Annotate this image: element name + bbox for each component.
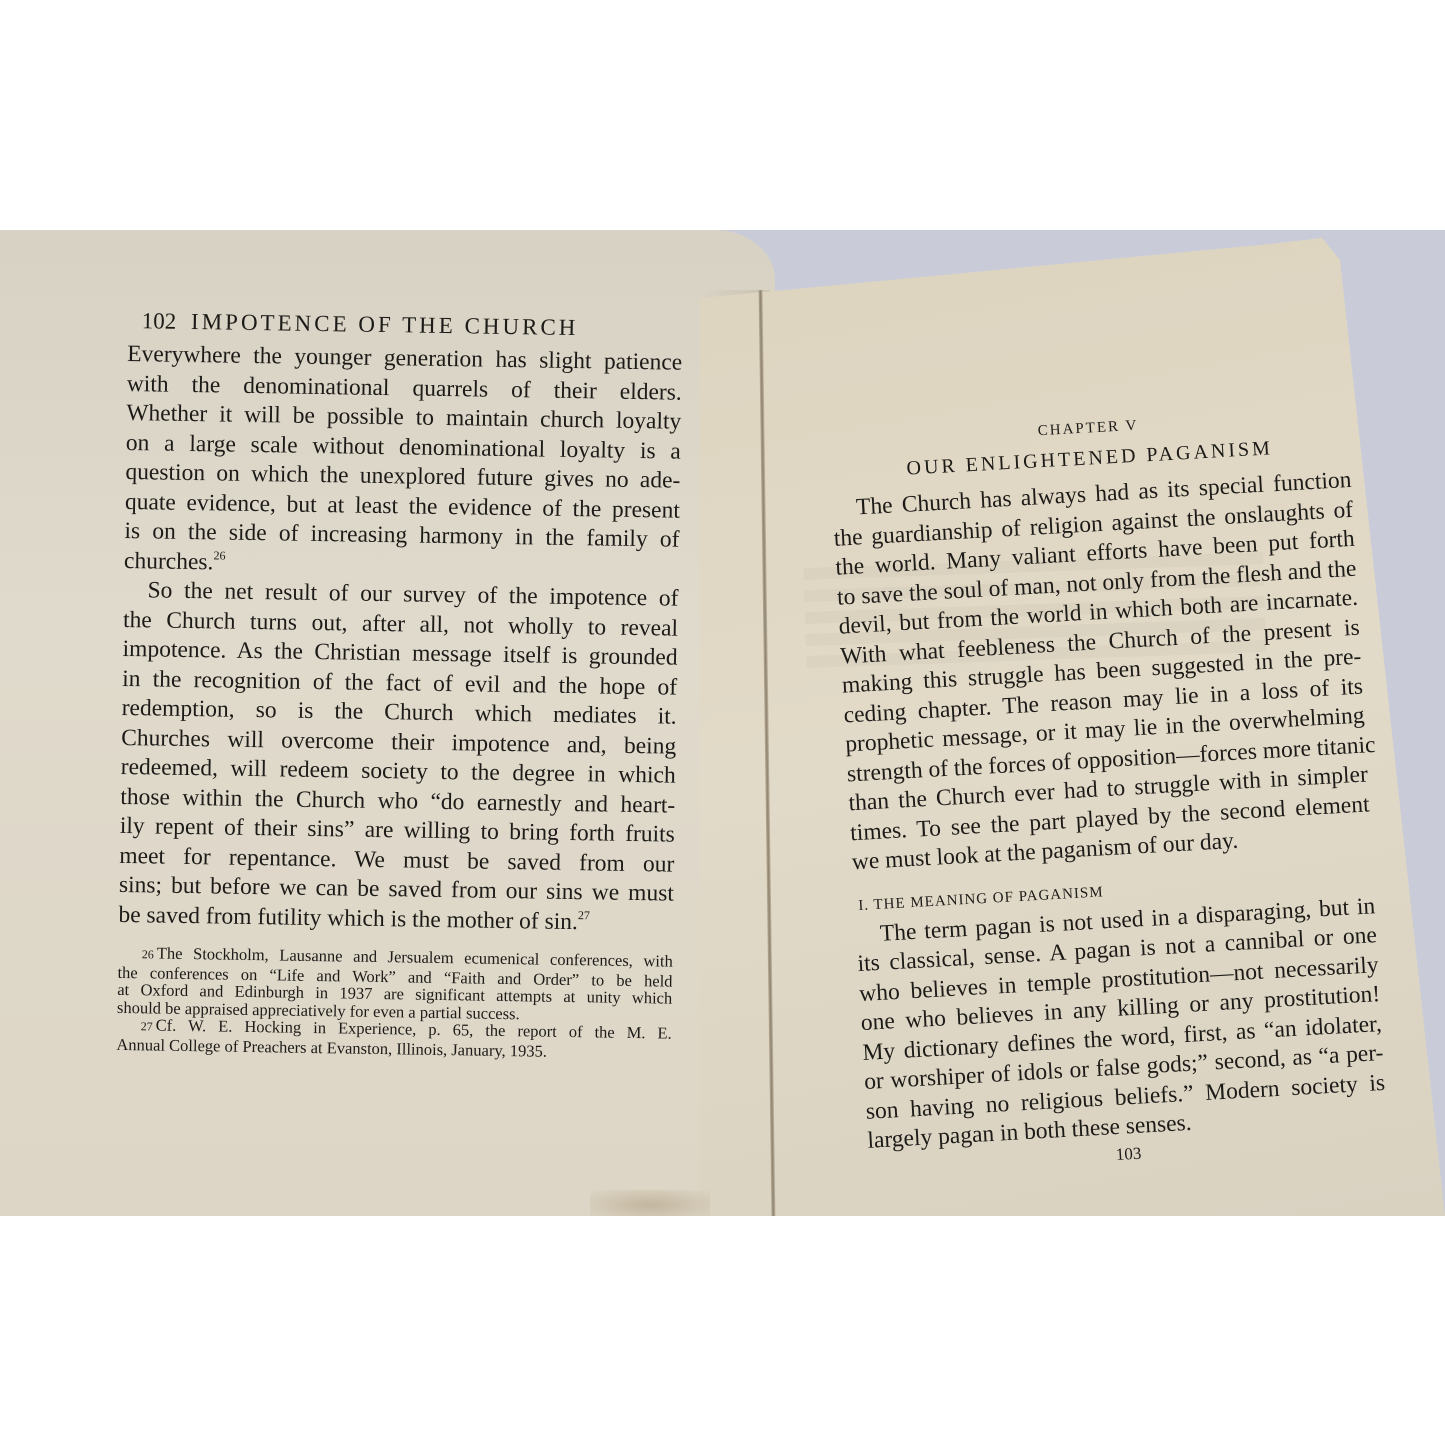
left-paragraph-2: So the net result of our survey of the i… — [118, 576, 678, 939]
left-page-number: 102 — [142, 308, 177, 334]
right-paragraph-2: The term pagan is not used in a disparag… — [855, 892, 1387, 1157]
right-paragraph-1: The Church has always had as its special… — [831, 466, 1372, 878]
footnote-number: 26 — [142, 947, 154, 961]
text-line-content: churches. — [124, 547, 214, 574]
footnote-ref: 27 — [578, 908, 590, 922]
left-page-text: 102 IMPOTENCE OF THE CHURCH Everywhere t… — [116, 308, 683, 1062]
running-head-title: IMPOTENCE OF THE CHURCH — [191, 309, 579, 340]
right-page-text: CHAPTER V OUR ENLIGHTENED PAGANISM The C… — [828, 406, 1389, 1178]
footnote-ref: 26 — [213, 548, 225, 562]
footnote-number: 27 — [141, 1019, 153, 1033]
text-line-content: be saved from futility which is the moth… — [118, 901, 578, 934]
footnotes: 26The Stockholm, Lausanne and Jersualem … — [116, 944, 673, 1062]
book-photo: 102 IMPOTENCE OF THE CHURCH Everywhere t… — [0, 230, 1445, 1216]
thumb-shadow — [590, 1190, 710, 1216]
left-paragraph-1: Everywhere the younger generation has sl… — [124, 340, 683, 585]
